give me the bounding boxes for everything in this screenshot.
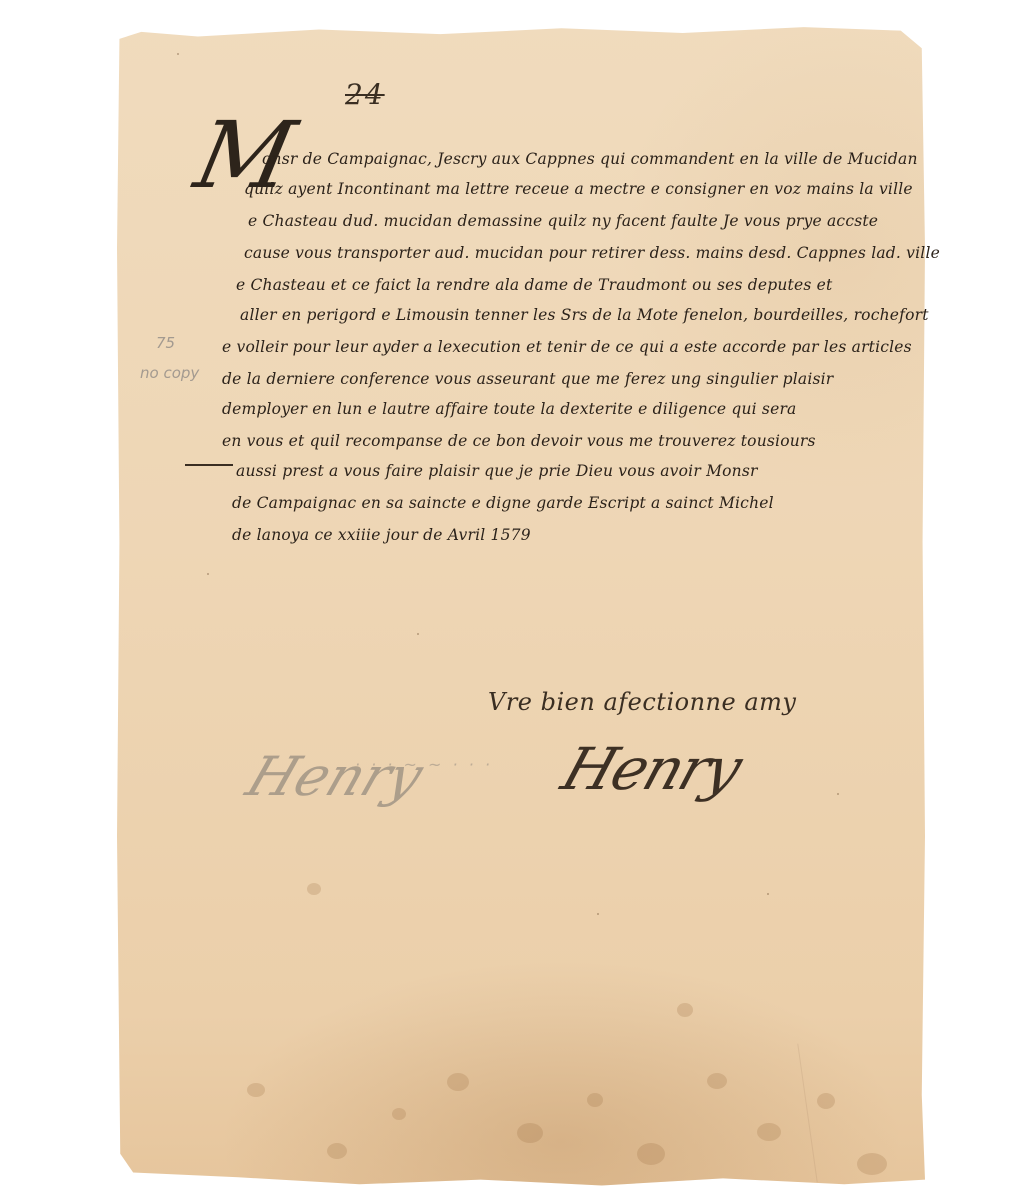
letter-line-8: de la derniere conference vous asseurant… [222,370,833,388]
royal-signature: Henry [554,735,749,803]
letter-line-9: demployer en lun e lautre affaire toute … [222,400,797,418]
stain [307,883,321,895]
letter-line-1: onsr de Campaignac, Jescry aux Cappnes q… [262,150,918,168]
letter-line-12: de Campaignac en sa saincte e digne gard… [232,494,774,512]
letter-line-2: quilz ayent Incontinant ma lettre receue… [244,180,913,198]
letter-line-11: aussi prest a vous faire plaisir que je … [236,462,758,480]
letter-line-13: de lanoya ce xxiiie jour de Avril 1579 [232,526,531,544]
stain [637,1143,665,1165]
margin-note-copy: no copy [140,362,199,384]
letter-line-5: e Chasteau et ce faict la rendre ala dam… [236,276,832,294]
stain [517,1123,543,1143]
stain [587,1093,603,1107]
speck [767,893,769,895]
pencil-marks: · · · ~ ~ · · · [355,755,493,774]
letter-line-7: e volleir pour leur ayder a lexecution e… [222,338,912,356]
stain [392,1108,406,1120]
letter-closing: Vre bien afectionne amy [488,688,796,716]
margin-note-number: 75 [156,332,175,354]
stain [247,1083,265,1097]
speck [207,573,209,575]
letter-line-10: en vous et quil recompanse de ce bon dev… [222,432,816,450]
letter-line-6: aller en perigord e Limousin tenner les … [240,306,929,324]
speck [837,793,839,795]
letter-line-3: e Chasteau dud. mucidan demassine quilz … [248,212,878,230]
stain [677,1003,693,1017]
speck [597,913,599,915]
stain [817,1093,835,1109]
speck [417,633,419,635]
stain [327,1143,347,1159]
letter-line-4: cause vous transporter aud. mucidan pour… [244,244,940,262]
stain [757,1123,781,1141]
speck [177,53,179,55]
stain [707,1073,727,1089]
paper-crease [797,1044,817,1183]
margin-dash [185,464,233,466]
stain [857,1153,887,1175]
folio-number: 24 [345,78,385,111]
stain [447,1073,469,1091]
